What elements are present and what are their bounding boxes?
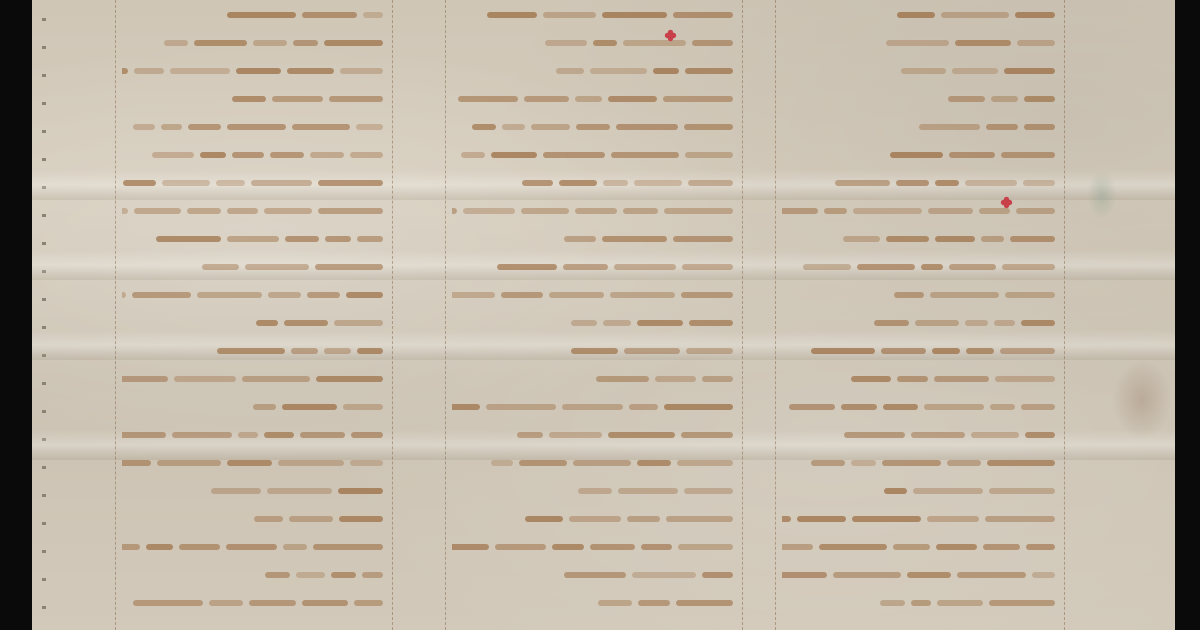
script-line: [782, 508, 1058, 526]
script-line: [782, 424, 1058, 442]
stain: [1087, 170, 1117, 220]
script-line: [782, 116, 1058, 134]
script-line: [452, 564, 736, 582]
script-line: [782, 32, 1058, 50]
script-line: [452, 312, 736, 330]
script-line: [452, 32, 736, 50]
script-line: [782, 144, 1058, 162]
script-line: [122, 536, 386, 554]
script-line: [452, 116, 736, 134]
script-line: [122, 88, 386, 106]
script-line: [782, 452, 1058, 470]
script-line: [782, 60, 1058, 78]
script-line: [452, 144, 736, 162]
script-line: [122, 144, 386, 162]
script-line: [122, 116, 386, 134]
script-line: [782, 88, 1058, 106]
script-line: [452, 256, 736, 274]
rubric-mark: [1004, 200, 1009, 205]
script-line: [452, 508, 736, 526]
script-line: [782, 228, 1058, 246]
script-line: [122, 508, 386, 526]
stain: [1112, 360, 1172, 440]
text-column-2: [445, 0, 743, 630]
script-line: [452, 200, 736, 218]
script-line: [782, 256, 1058, 274]
script-line: [452, 340, 736, 358]
script-line: [782, 200, 1058, 218]
script-line: [122, 592, 386, 610]
script-line: [122, 396, 386, 414]
rubric-mark: [668, 33, 673, 38]
script-line: [122, 340, 386, 358]
script-line: [782, 396, 1058, 414]
script-line: [782, 368, 1058, 386]
script-line: [122, 368, 386, 386]
script-line: [452, 480, 736, 498]
script-line: [122, 60, 386, 78]
script-line: [452, 88, 736, 106]
script-line: [782, 592, 1058, 610]
script-line: [452, 536, 736, 554]
script-line: [782, 564, 1058, 582]
script-line: [782, 4, 1058, 22]
script-line: [122, 284, 386, 302]
script-line: [782, 536, 1058, 554]
script-line: [452, 60, 736, 78]
script-line: [452, 228, 736, 246]
script-line: [122, 32, 386, 50]
script-line: [782, 312, 1058, 330]
script-line: [782, 172, 1058, 190]
script-line: [452, 396, 736, 414]
script-line: [122, 452, 386, 470]
script-line: [122, 312, 386, 330]
script-line: [122, 228, 386, 246]
script-line: [122, 200, 386, 218]
script-line: [452, 4, 736, 22]
script-line: [122, 256, 386, 274]
text-column-1: [115, 0, 393, 630]
script-line: [452, 172, 736, 190]
script-line: [782, 480, 1058, 498]
script-line: [782, 340, 1058, 358]
script-line: [452, 284, 736, 302]
script-line: [782, 284, 1058, 302]
script-line: [122, 480, 386, 498]
script-line: [122, 4, 386, 22]
script-line: [452, 452, 736, 470]
parchment-leaf: [32, 0, 1175, 630]
text-column-3: [775, 0, 1065, 630]
stitching-holes: [42, 0, 46, 630]
script-line: [122, 424, 386, 442]
script-line: [452, 368, 736, 386]
script-line: [122, 564, 386, 582]
script-line: [122, 172, 386, 190]
script-line: [452, 424, 736, 442]
script-line: [452, 592, 736, 610]
